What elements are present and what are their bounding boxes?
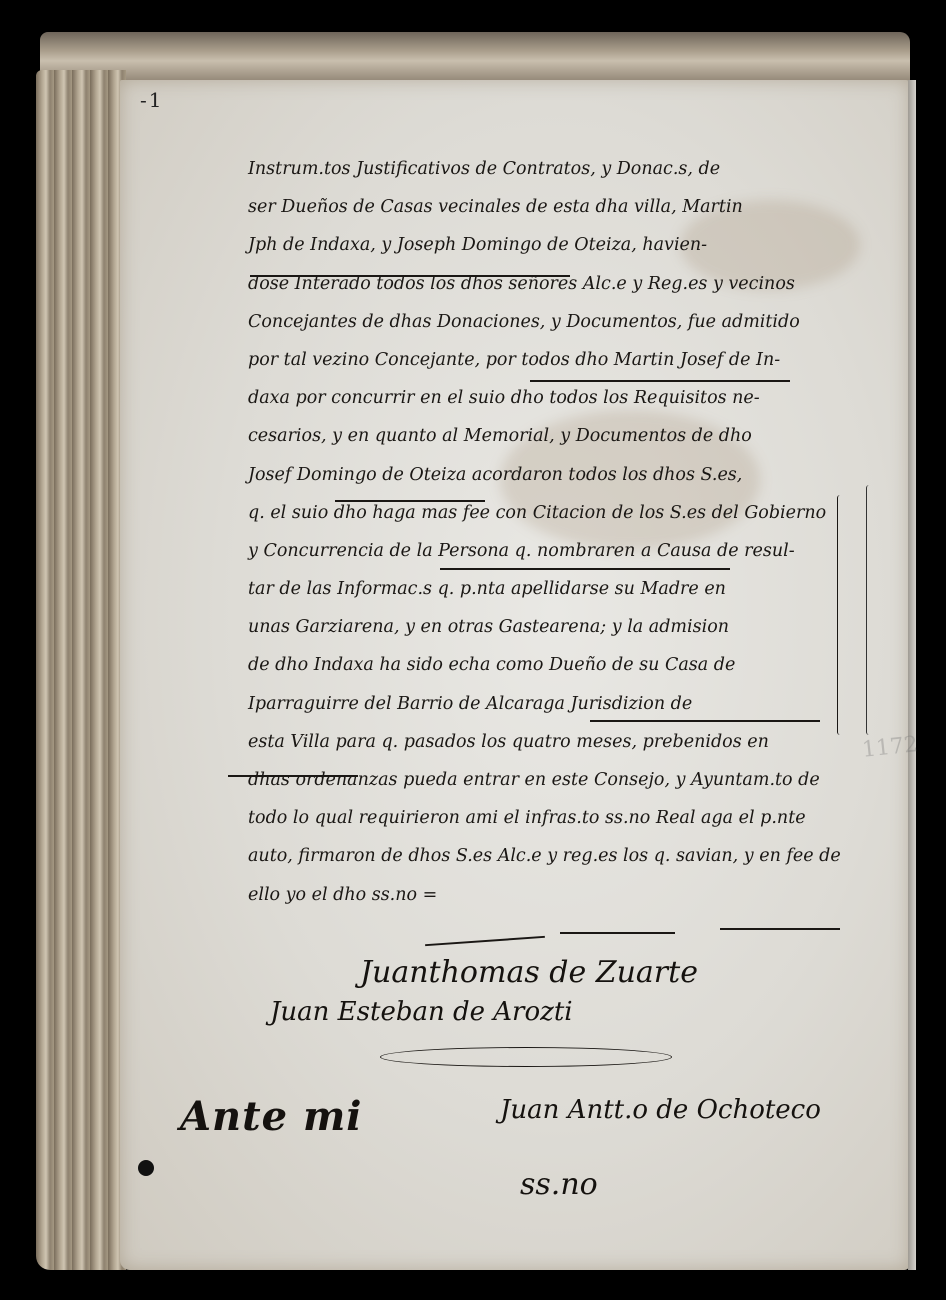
text-line-16: esta Villa para q. pasados los quatro me… xyxy=(248,723,848,761)
notary-rubric: ss.no xyxy=(520,1167,598,1202)
text-line-6: por tal vezino Concejante, por todos dho… xyxy=(248,341,848,379)
book-top-edge xyxy=(40,32,910,84)
signature-juan-antonio-de-ochoteco: Juan Antt.o de Ochoteco xyxy=(500,1095,821,1125)
text-line-12: tar de las Informac.s q. p.nta apellidar… xyxy=(248,570,848,608)
signature-juanthomas-de-zuarte: Juanthomas de Zuarte xyxy=(360,955,698,990)
text-line-13: unas Garziarena, y en otras Gastearena; … xyxy=(248,608,848,646)
text-line-11: y Concurrencia de la Persona q. nombrare… xyxy=(248,532,848,570)
manuscript-text: Instrum.tos Justificativos de Contratos,… xyxy=(248,150,848,914)
text-line-3: Jph de Indaxa, y Joseph Domingo de Oteiz… xyxy=(248,226,848,264)
text-line-14: de dho Indaxa ha sido echa como Dueño de… xyxy=(248,646,848,684)
signature-juan-esteban-de-arozti: Juan Esteban de Arozti xyxy=(270,997,573,1027)
manuscript-book: -1 Instrum.tos Justificativos de Contrat… xyxy=(36,30,916,1275)
margin-bracket xyxy=(837,495,844,735)
manuscript-page: -1 Instrum.tos Justificativos de Contrat… xyxy=(120,80,910,1270)
text-line-7: daxa por concurrir en el suio dho todos … xyxy=(248,379,848,417)
underline-stroke xyxy=(440,568,730,570)
underline-stroke xyxy=(335,500,485,502)
closing-flourish-line xyxy=(560,932,675,934)
text-line-4: dose Interado todos los dhos señores Alc… xyxy=(248,265,848,303)
foliation-mark: -1 xyxy=(140,88,163,112)
closing-flourish-line xyxy=(425,936,545,946)
closing-flourish-line xyxy=(720,928,840,930)
underline-stroke xyxy=(250,275,570,277)
text-line-9: Josef Domingo de Oteiza acordaron todos … xyxy=(248,456,848,494)
underline-stroke xyxy=(530,380,790,382)
text-line-17: dhas ordenanzas pueda entrar en este Con… xyxy=(248,761,848,799)
text-line-15: Iparraguirre del Barrio de Alcaraga Juri… xyxy=(248,685,848,723)
ink-blot xyxy=(138,1160,154,1176)
book-fore-edge xyxy=(36,70,126,1270)
signature-flourish xyxy=(380,1047,672,1067)
text-line-19: auto, firmaron de dhos S.es Alc.e y reg.… xyxy=(248,837,848,875)
text-line-8: cesarios, y en quanto al Memorial, y Doc… xyxy=(248,417,848,455)
page-gutter-shadow xyxy=(908,80,916,1270)
underline-stroke xyxy=(228,775,358,777)
text-line-1: Instrum.tos Justificativos de Contratos,… xyxy=(248,150,848,188)
signature-ante-mi: Ante mi xyxy=(180,1093,363,1140)
text-line-20: ello yo el dho ss.no = xyxy=(248,876,848,914)
margin-bracket xyxy=(866,485,873,735)
text-line-2: ser Dueños de Casas vecinales de esta dh… xyxy=(248,188,848,226)
text-line-5: Concejantes de dhas Donaciones, y Docume… xyxy=(248,303,848,341)
underline-stroke xyxy=(590,720,820,722)
text-line-18: todo lo qual requirieron ami el infras.t… xyxy=(248,799,848,837)
